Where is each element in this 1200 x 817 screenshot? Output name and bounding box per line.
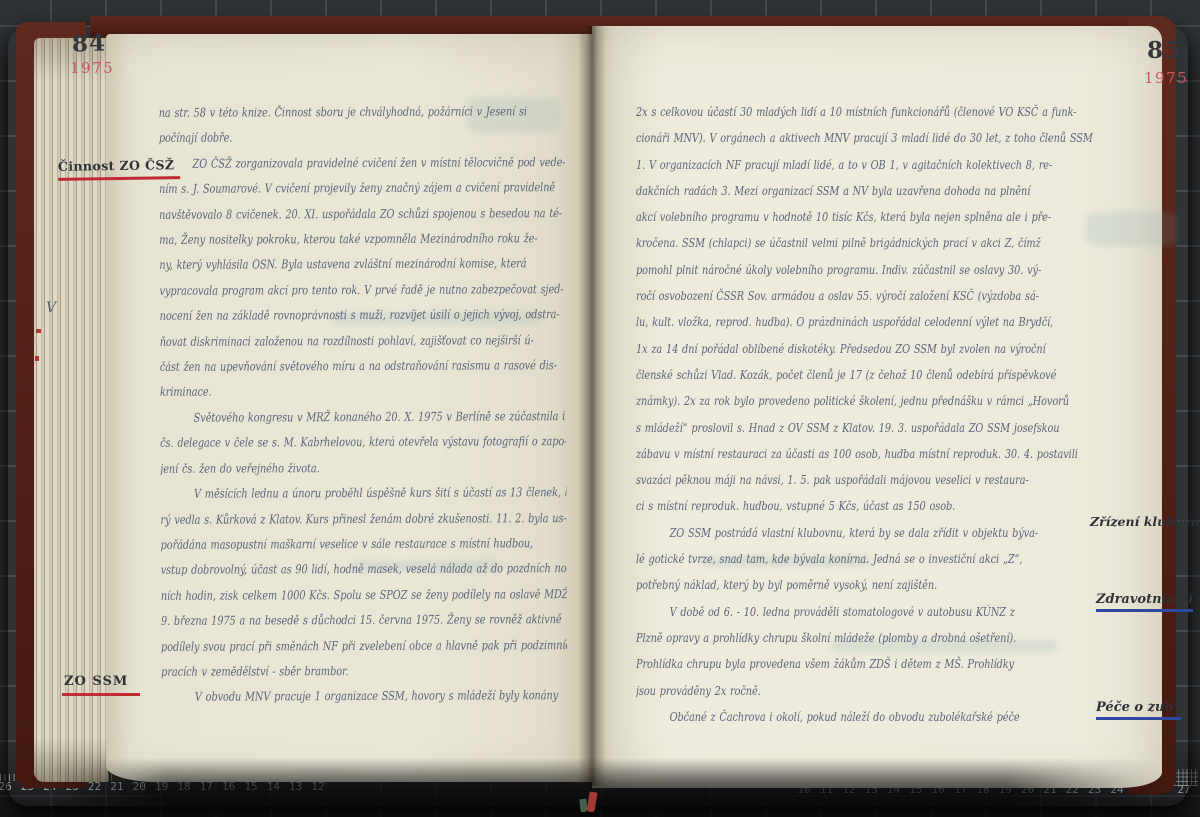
text-line: 9. března 1975 a na besedě s důchodci 15… <box>161 608 486 635</box>
year-stamp-left: 1975 <box>70 59 114 77</box>
red-ink-mark <box>36 329 41 333</box>
margin-heading-zdravotnictvi: Zdravotnictví <box>1096 592 1193 612</box>
page-number-left: 84 <box>72 29 107 57</box>
text-line: Plzně opravy a prohlídky chrupu školní m… <box>636 625 1002 651</box>
edge-text-fragment: V <box>46 300 56 316</box>
text-line: ních hodin, zisk celkem 1000 Kčs. Spolu … <box>161 582 486 609</box>
stacked-page-edges <box>34 38 108 782</box>
text-line: ZO ČSŽ zorganizovala pravidelné cvičení … <box>159 150 484 177</box>
text-line: počínají dobře. <box>159 125 484 152</box>
text-line: V obvodu MNV pracuje 1 organizace SSM, h… <box>161 684 486 711</box>
text-line: V měsících lednu a únoru proběhl úspěšně… <box>160 481 485 508</box>
text-line: jení čs. žen do veřejného života. <box>160 455 485 482</box>
year-stamp-right: 1975 <box>1144 69 1188 87</box>
text-line: kročena. SSM (chlapci) se účastnil velmi… <box>636 230 1002 256</box>
text-line: ZO SSM postrádá vlastní klubovnu, která … <box>636 520 1002 546</box>
text-line: nocení žen na základě rovnoprávnosti s m… <box>160 303 485 330</box>
text-line: pomohl plnit náročné úkoly volebního pro… <box>636 257 1002 283</box>
text-line: podílely svou prací při směnách NF při z… <box>161 633 486 660</box>
text-line: ma, Ženy nositelky pokroku, kterou také … <box>159 227 484 254</box>
text-line: známky). 2x za rok bylo provedeno politi… <box>636 388 1002 414</box>
text-line: potřebný náklad, který by byl poměrně vy… <box>636 572 1002 598</box>
text-line: ny, který vyhlásila OSN. Byla ustavena z… <box>159 252 484 279</box>
margin-heading-zrizeni-klubovny: Zřízení klubovny <box>1090 514 1200 529</box>
text-line: 2x s celkovou účastí 30 mladých lidí a 1… <box>636 99 1002 125</box>
text-line: rý vedla s. Kůrková z Klatov. Kurs přine… <box>160 506 485 533</box>
text-line: s mládeží“ proslovil s. Hnad z OV SSM z … <box>636 415 1002 441</box>
text-line: zábavu v místní restauraci za účasti as … <box>636 441 1002 467</box>
text-line: Prohlídka chrupu byla provedena všem žák… <box>636 651 1002 677</box>
chronicle-photo-scene: 262524232221201918171615141312 101112131… <box>0 0 1200 817</box>
text-line: dakčních radách 3. Mezi organizací SSM a… <box>636 178 1002 204</box>
text-line: ním s. J. Soumarové. V cvičení projevily… <box>159 176 484 203</box>
text-line: lé gotické tvrze, snad tam, kde bývala k… <box>636 546 1002 572</box>
text-line: 1. V organizacích NF pracují mladí lidé,… <box>636 152 1002 178</box>
margin-heading-zo-ssm: ZO SSM <box>62 674 140 696</box>
book-bottom-shadow <box>55 758 1165 808</box>
text-line: kriminace. <box>160 379 485 406</box>
text-line: lu, kult. vložka, reprod. hudba). O práz… <box>636 309 1002 335</box>
text-line: Občané z Čachrova i okolí, pokud náleží … <box>636 704 1002 730</box>
bookmark-ribbon-green <box>579 799 587 813</box>
text-line: jsou prováděny 2x ročně. <box>636 678 1002 704</box>
text-line: vypracovala program akcí pro tento rok. … <box>159 277 484 304</box>
text-line: ročí osvobození ČSSR Sov. armádou a osla… <box>636 283 1002 309</box>
text-line: pracích v zemědělství - sběr brambor. <box>161 658 486 685</box>
text-line: Světového kongresu v MRŽ konaného 20. X.… <box>160 404 485 431</box>
text-line: vstup dobrovolný, účast as 90 lidí, hodn… <box>161 557 486 584</box>
text-line: navštěvovalo 8 cvičenek. 20. XI. uspořád… <box>159 201 484 228</box>
text-line: V době od 6. - 10. ledna prováděli stoma… <box>636 599 1002 625</box>
text-line: na str. 58 v této knize. Činnost sboru j… <box>159 99 484 126</box>
ink-bleed-through <box>1085 212 1177 246</box>
text-line: ňovat diskriminaci založenou na rozdílno… <box>160 328 485 355</box>
text-line: členské schůzi Vlad. Kozák, počet členů … <box>636 362 1002 388</box>
red-ink-mark <box>35 356 39 361</box>
text-line: cionáři MNV). V orgánech a aktivech MNV … <box>636 125 1002 151</box>
handwritten-text-left: na str. 58 v této knize. Činnost sboru j… <box>159 99 568 715</box>
text-line: pořádána masopustní maškarní veselice v … <box>161 531 486 558</box>
text-line: akcí volebního programu v hodnotě 10 tis… <box>636 204 1002 230</box>
text-line: 1x za 14 dní pořádal oblíbené diskotéky.… <box>636 336 1002 362</box>
text-line: část žen na upevňování světového míru a … <box>160 354 485 381</box>
text-line: svazáci pěknou máji na návsi, 1. 5. pak … <box>636 467 1002 493</box>
page-number-right: 85 <box>1147 37 1181 64</box>
margin-heading-pece-o-zuby: Péče o zuby <box>1096 700 1181 720</box>
spine-shadow <box>578 26 606 786</box>
handwritten-text-right: 2x s celkovou účastí 30 mladých lidí a 1… <box>636 99 1094 733</box>
text-line: čs. delegace v čele se s. M. Kabrhelovou… <box>160 430 485 457</box>
text-line: ci s místní reproduk. hudbou, vstupné 5 … <box>636 493 1002 519</box>
